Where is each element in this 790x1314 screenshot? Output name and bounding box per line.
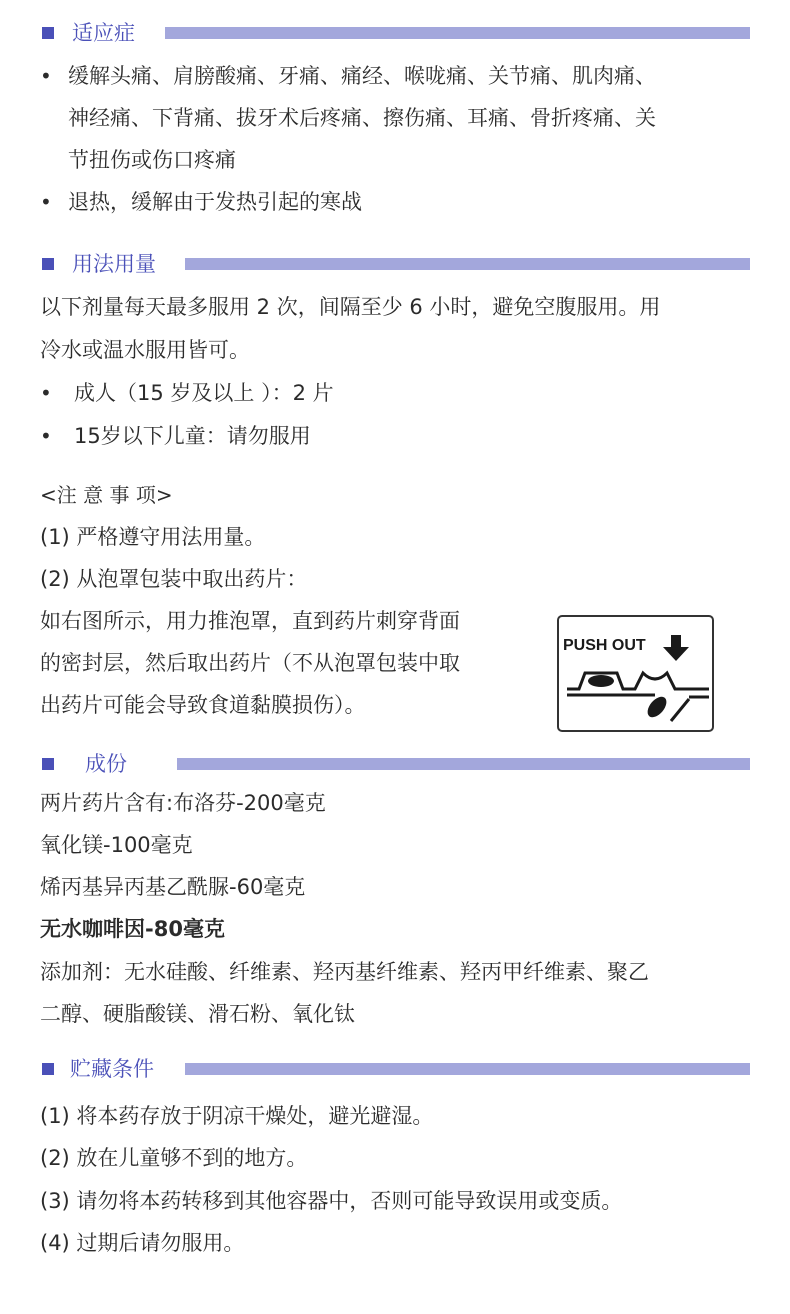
dosage-intro: 以下剂量每天最多服用 2 次，间隔至少 6 小时，避免空腹服用。用 [40, 292, 660, 322]
storage-item: (4) 过期后请勿服用。 [40, 1228, 244, 1258]
dosage-item: 15岁以下儿童：请勿服用 [74, 421, 311, 451]
storage-item: (2) 放在儿童够不到的地方。 [40, 1143, 307, 1173]
section-divider-bar [165, 27, 750, 39]
push-instruction: 出药片可能会导致食道黏膜损伤）。 [40, 690, 366, 720]
square-bullet-icon [42, 1063, 54, 1075]
bullet-dot-icon: • [40, 421, 52, 451]
indication-line: 神经痛、下背痛、拔牙术后疼痛、擦伤痛、耳痛、骨折疼痛、关 [68, 103, 656, 133]
section-divider-bar [177, 758, 750, 770]
ingredient-line: 两片药片含有:布洛芬-200毫克 [40, 788, 326, 818]
section-header-storage: 贮藏条件 [40, 1054, 750, 1084]
square-bullet-icon [42, 258, 54, 270]
ingredient-line: 二醇、硬脂酸镁、滑石粉、氧化钛 [40, 999, 355, 1029]
indication-line: 节扭伤或伤口疼痛 [68, 145, 236, 175]
section-title: 成份 [85, 749, 127, 779]
ingredient-line: 无水咖啡因-80毫克 [40, 914, 225, 944]
bullet-dot-icon: • [40, 378, 52, 408]
square-bullet-icon [42, 27, 54, 39]
section-title: 适应症 [72, 18, 135, 48]
notes-title: <注 意 事 项> [40, 480, 173, 510]
ingredient-line: 烯丙基异丙基乙酰脲-60毫克 [40, 872, 305, 902]
bullet-dot-icon: • [40, 187, 52, 217]
ingredient-line: 添加剂：无水硅酸、纤维素、羟丙基纤维素、羟丙甲纤维素、聚乙 [40, 957, 649, 987]
section-title: 用法用量 [72, 249, 156, 279]
section-title: 贮藏条件 [70, 1054, 154, 1084]
square-bullet-icon [42, 758, 54, 770]
section-divider-bar [185, 1063, 750, 1075]
section-header-indications: 适应症 [40, 18, 750, 48]
dosage-item: 成人（15 岁及以上 ）：2 片 [74, 378, 334, 408]
storage-item: (1) 将本药存放于阴凉干燥处，避光避湿。 [40, 1101, 433, 1131]
bullet-dot-icon: • [40, 61, 52, 91]
section-header-ingredients: 成份 [40, 749, 750, 779]
section-header-dosage: 用法用量 [40, 249, 750, 279]
note-item: (1) 严格遵守用法用量。 [40, 522, 265, 552]
ingredient-line: 氧化镁-100毫克 [40, 830, 193, 860]
blister-push-icon [559, 617, 712, 730]
push-instruction: 如右图所示，用力推泡罩，直到药片刺穿背面 [40, 606, 460, 636]
dosage-intro: 冷水或温水服用皆可。 [40, 335, 250, 365]
indication-line: 缓解头痛、肩膀酸痛、牙痛、痛经、喉咙痛、关节痛、肌肉痛、 [68, 61, 656, 91]
note-item: (2) 从泡罩包装中取出药片： [40, 564, 307, 594]
storage-item: (3) 请勿将本药转移到其他容器中，否则可能导致误用或变质。 [40, 1186, 622, 1216]
section-divider-bar [185, 258, 750, 270]
push-out-illustration: PUSH OUT [557, 615, 714, 732]
push-instruction: 的密封层，然后取出药片（不从泡罩包装中取 [40, 648, 460, 678]
indication-line: 退热，缓解由于发热引起的寒战 [68, 187, 362, 217]
